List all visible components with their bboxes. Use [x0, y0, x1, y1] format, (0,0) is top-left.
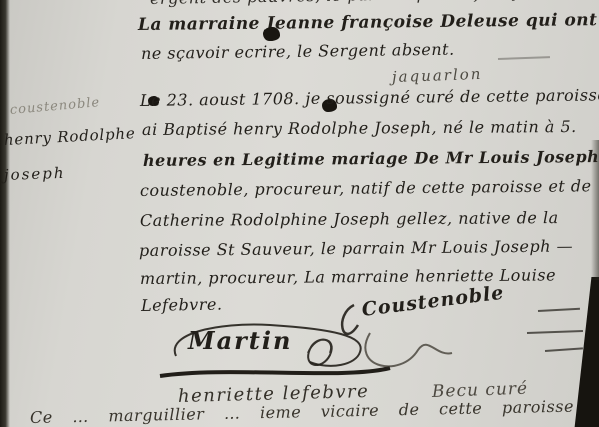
- body-line-5: Catherine Rodolphine Joseph gellez, nati…: [140, 210, 559, 229]
- parish-register-photo: ergent des pauvres, le parrain pierre fr…: [0, 0, 599, 427]
- body-line-2: ai Baptisé henry Rodolphe Joseph, né le …: [142, 119, 577, 138]
- bottom-fragment-line: Ce … marguillier … ieme vicaire de cette…: [30, 399, 574, 426]
- flourish-dash-right-1: [538, 308, 580, 312]
- top-record-line-2: La marraine Jeanne françoise Deleuse qui…: [138, 11, 599, 34]
- body-line-4: coustenoble, procureur, natif de cette p…: [140, 178, 592, 199]
- signature-martin: Martin: [188, 329, 292, 353]
- body-line-6: paroisse St Sauveur, le parrain Mr Louis…: [139, 238, 573, 259]
- margin-note-coustenoble: coustenoble: [9, 96, 100, 117]
- left-edge-shadow: [0, 0, 10, 427]
- top-record-line-3: ne sçavoir ecrire, le Sergent absent.: [141, 42, 455, 62]
- margin-note-joseph: joseph: [4, 166, 66, 183]
- ink-blot-1: [263, 27, 280, 41]
- body-line-3: heures en Legitime mariage De Mr Louis J…: [143, 149, 599, 169]
- flourish-dash-right-3: [545, 347, 583, 352]
- body-line-1: Le 23. aoust 1708. je soussigné curé de …: [140, 87, 599, 109]
- body-line-8: Lefebvre.: [141, 297, 223, 314]
- top-record-line-1: ergent des pauvres, le parrain pierre fr…: [150, 0, 599, 7]
- signature-jaquarlon: jaquarlon: [392, 67, 483, 85]
- signature-coustenoble-group: Coustenoble: [340, 295, 540, 380]
- flourish-dash-top: [498, 56, 550, 60]
- margin-note-henry-rodolphe: henry Rodolphe: [4, 126, 136, 148]
